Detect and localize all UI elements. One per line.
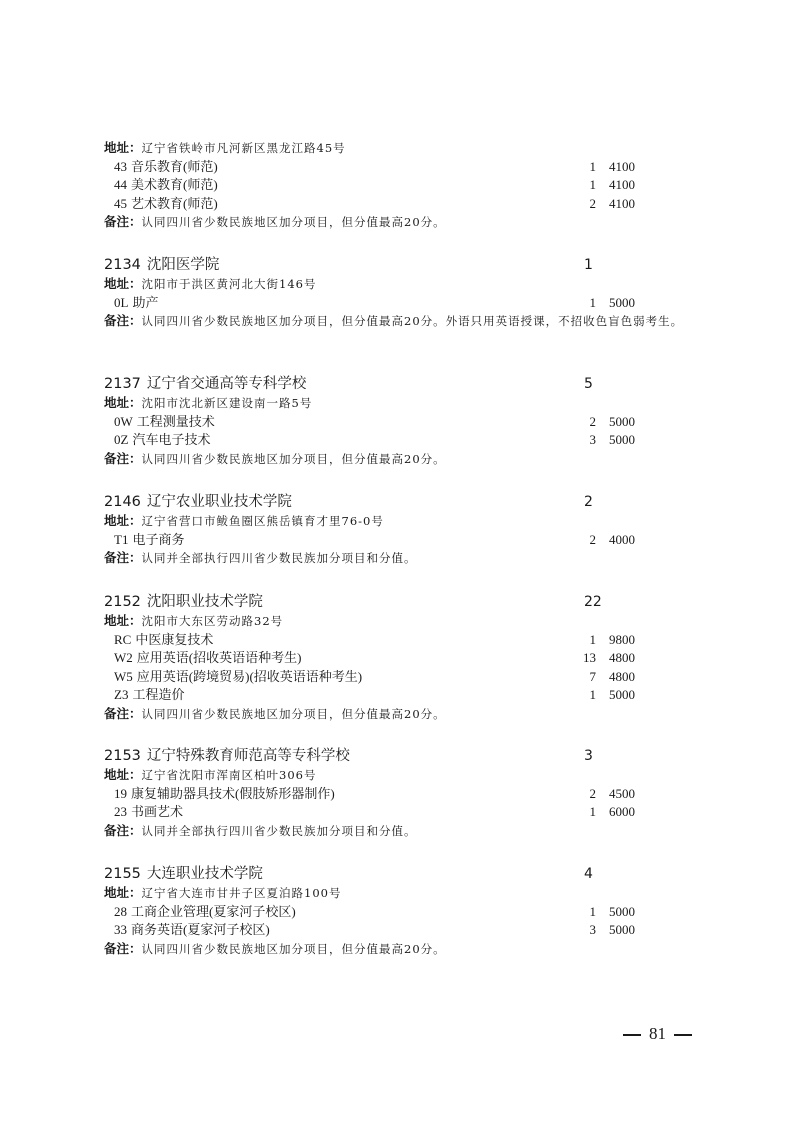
major-row: T1电子商务24000 (104, 531, 704, 550)
major-count: 1 (556, 158, 596, 177)
school-total: 5 (584, 374, 593, 394)
address-text: 辽宁省大连市甘井子区夏泊路100号 (142, 886, 342, 900)
major-fee: 4100 (609, 176, 635, 195)
note-text: 认同四川省少数民族地区加分项目，但分值最高20分。 (142, 942, 446, 956)
major-fee: 9800 (609, 631, 635, 650)
school-entry: 2146辽宁农业职业技术学院2 地址：辽宁省营口市鲅鱼圈区熊岳镇育才里76-0号… (104, 492, 704, 568)
major-fee: 4500 (609, 785, 635, 804)
major-fee: 5000 (609, 294, 635, 313)
school-code: 2137 (104, 376, 141, 392)
major-row: 33商务英语(夏家河子校区)35000 (104, 921, 704, 940)
major-count: 13 (556, 649, 596, 668)
major-name: 美术教育(师范) (131, 177, 218, 192)
note-label: 备注： (104, 214, 142, 229)
school-code: 2153 (104, 748, 141, 764)
major-count: 1 (556, 176, 596, 195)
major-fee: 5000 (609, 686, 635, 705)
school-entry: 2152沈阳职业技术学院22 地址：沈阳市大东区劳动路32号 RC中医康复技术1… (104, 592, 704, 723)
school-name: 沈阳职业技术学院 (147, 594, 263, 610)
note-label: 备注： (104, 941, 142, 956)
address-label: 地址： (104, 395, 142, 410)
school-entry: 2134沈阳医学院1 地址：沈阳市于洪区黄河北大街146号 0L助产15000 … (104, 255, 704, 331)
school-entry: 2137辽宁省交通高等专科学校5 地址：沈阳市沈北新区建设南一路5号 0W工程测… (104, 374, 704, 468)
major-fee: 4800 (609, 649, 635, 668)
major-row: 44美术教育(师范)14100 (104, 176, 704, 195)
major-row: W5应用英语(跨境贸易)(招收英语语种考生)74800 (104, 668, 704, 687)
school-title: 2153辽宁特殊教育师范高等专科学校3 (104, 746, 704, 766)
page-number: 81 (649, 1024, 666, 1043)
address-label: 地址： (104, 767, 142, 782)
major-name: 电子商务 (132, 532, 184, 547)
major-count: 3 (556, 431, 596, 450)
major-code: 0L (114, 294, 128, 313)
note-label: 备注： (104, 823, 142, 838)
major-name: 音乐教育(师范) (131, 159, 218, 174)
major-code: 0Z (114, 431, 128, 450)
school-entry: 2153辽宁特殊教育师范高等专科学校3 地址：辽宁省沈阳市浑南区柏叶306号 1… (104, 746, 704, 840)
address-label: 地址： (104, 613, 142, 628)
major-code: W5 (114, 668, 133, 687)
major-fee: 4000 (609, 531, 635, 550)
major-count: 7 (556, 668, 596, 687)
major-row: 0W工程测量技术25000 (104, 413, 704, 432)
major-count: 1 (556, 903, 596, 922)
note-text: 认同四川省少数民族地区加分项目，但分值最高20分。 (142, 215, 446, 229)
major-code: 44 (114, 176, 127, 195)
major-code: 19 (114, 785, 127, 804)
major-fee: 6000 (609, 803, 635, 822)
major-name: 汽车电子技术 (132, 432, 210, 447)
major-count: 1 (556, 294, 596, 313)
school-entry: 2155大连职业技术学院4 地址：辽宁省大连市甘井子区夏泊路100号 28工商企… (104, 864, 704, 958)
major-count: 3 (556, 921, 596, 940)
document-page: 地址：辽宁省铁岭市凡河新区黑龙江路45号 43音乐教育(师范)14100 44美… (0, 0, 794, 1123)
major-row: 0Z汽车电子技术35000 (104, 431, 704, 450)
major-row: 45艺术教育(师范)24100 (104, 195, 704, 214)
school-code: 2134 (104, 257, 141, 273)
major-code: 45 (114, 195, 127, 214)
school-title: 2155大连职业技术学院4 (104, 864, 704, 884)
school-code: 2146 (104, 494, 141, 510)
major-count: 1 (556, 631, 596, 650)
school-total: 2 (584, 492, 593, 512)
major-count: 1 (556, 803, 596, 822)
major-count: 2 (556, 531, 596, 550)
major-count: 2 (556, 195, 596, 214)
page-number-footer: 81 (615, 1024, 700, 1044)
major-name: 康复辅助器具技术(假肢矫形器制作) (131, 786, 335, 801)
note-label: 备注： (104, 550, 142, 565)
major-row: 23书画艺术16000 (104, 803, 704, 822)
address-text: 辽宁省沈阳市浑南区柏叶306号 (142, 768, 317, 782)
address-label: 地址： (104, 885, 142, 900)
school-name: 大连职业技术学院 (147, 866, 263, 882)
major-code: RC (114, 631, 131, 650)
major-code: 28 (114, 903, 127, 922)
major-fee: 5000 (609, 903, 635, 922)
school-title: 2134沈阳医学院1 (104, 255, 704, 275)
major-code: Z3 (114, 686, 128, 705)
school-name: 沈阳医学院 (147, 257, 220, 273)
school-total: 1 (584, 255, 593, 275)
address-text: 沈阳市于洪区黄河北大街146号 (142, 277, 317, 291)
major-name: 应用英语(跨境贸易)(招收英语语种考生) (137, 669, 362, 684)
address-label: 地址： (104, 513, 142, 528)
school-total: 22 (584, 592, 602, 612)
major-fee: 4100 (609, 158, 635, 177)
note-text: 认同四川省少数民族地区加分项目，但分值最高20分。 (142, 452, 446, 466)
note-text: 认同四川省少数民族地区加分项目，但分值最高20分。外语只用英语授课，不招收色盲色… (142, 314, 684, 328)
school-name: 辽宁农业职业技术学院 (147, 494, 292, 510)
school-code: 2155 (104, 866, 141, 882)
major-row: Z3工程造价15000 (104, 686, 704, 705)
major-name: 工程测量技术 (137, 414, 215, 429)
address-text: 辽宁省营口市鲅鱼圈区熊岳镇育才里76-0号 (142, 514, 384, 528)
school-code: 2152 (104, 594, 141, 610)
major-name: 书画艺术 (131, 804, 183, 819)
major-code: W2 (114, 649, 133, 668)
address-text: 辽宁省铁岭市凡河新区黑龙江路45号 (142, 141, 346, 155)
major-fee: 4100 (609, 195, 635, 214)
major-name: 商务英语(夏家河子校区) (131, 922, 270, 937)
note-label: 备注： (104, 706, 142, 721)
major-count: 1 (556, 686, 596, 705)
major-fee: 5000 (609, 921, 635, 940)
major-count: 2 (556, 785, 596, 804)
major-name: 助产 (132, 295, 158, 310)
major-row: 43音乐教育(师范)14100 (104, 158, 704, 177)
major-fee: 5000 (609, 431, 635, 450)
major-row: 28工商企业管理(夏家河子校区)15000 (104, 903, 704, 922)
school-name: 辽宁特殊教育师范高等专科学校 (147, 748, 350, 764)
major-name: 艺术教育(师范) (131, 196, 218, 211)
note-label: 备注： (104, 451, 142, 466)
major-code: T1 (114, 531, 128, 550)
school-name: 辽宁省交通高等专科学校 (147, 376, 307, 392)
right-dash (674, 1034, 692, 1036)
note-text: 认同并全部执行四川省少数民族加分项目和分值。 (142, 824, 417, 838)
school-total: 4 (584, 864, 593, 884)
major-code: 33 (114, 921, 127, 940)
major-name: 中医康复技术 (135, 632, 213, 647)
major-name: 工商企业管理(夏家河子校区) (131, 904, 296, 919)
major-row: RC中医康复技术19800 (104, 631, 704, 650)
note-text: 认同四川省少数民族地区加分项目，但分值最高20分。 (142, 707, 446, 721)
address-text: 沈阳市大东区劳动路32号 (142, 614, 284, 628)
address-text: 沈阳市沈北新区建设南一路5号 (142, 396, 313, 410)
school-entry-continued: 地址：辽宁省铁岭市凡河新区黑龙江路45号 43音乐教育(师范)14100 44美… (104, 139, 704, 232)
address-label: 地址： (104, 140, 142, 155)
major-name: 工程造价 (132, 687, 184, 702)
school-total: 3 (584, 746, 593, 766)
major-row: 19康复辅助器具技术(假肢矫形器制作)24500 (104, 785, 704, 804)
left-dash (623, 1034, 641, 1036)
major-row: W2应用英语(招收英语语种考生)134800 (104, 649, 704, 668)
school-title: 2146辽宁农业职业技术学院2 (104, 492, 704, 512)
note-label: 备注： (104, 313, 142, 328)
major-row: 0L助产15000 (104, 294, 704, 313)
major-fee: 4800 (609, 668, 635, 687)
note-text: 认同并全部执行四川省少数民族加分项目和分值。 (142, 551, 417, 565)
major-name: 应用英语(招收英语语种考生) (137, 650, 302, 665)
major-count: 2 (556, 413, 596, 432)
major-code: 23 (114, 803, 127, 822)
school-title: 2152沈阳职业技术学院22 (104, 592, 704, 612)
major-fee: 5000 (609, 413, 635, 432)
address-label: 地址： (104, 276, 142, 291)
major-code: 43 (114, 158, 127, 177)
major-code: 0W (114, 413, 133, 432)
school-title: 2137辽宁省交通高等专科学校5 (104, 374, 704, 394)
